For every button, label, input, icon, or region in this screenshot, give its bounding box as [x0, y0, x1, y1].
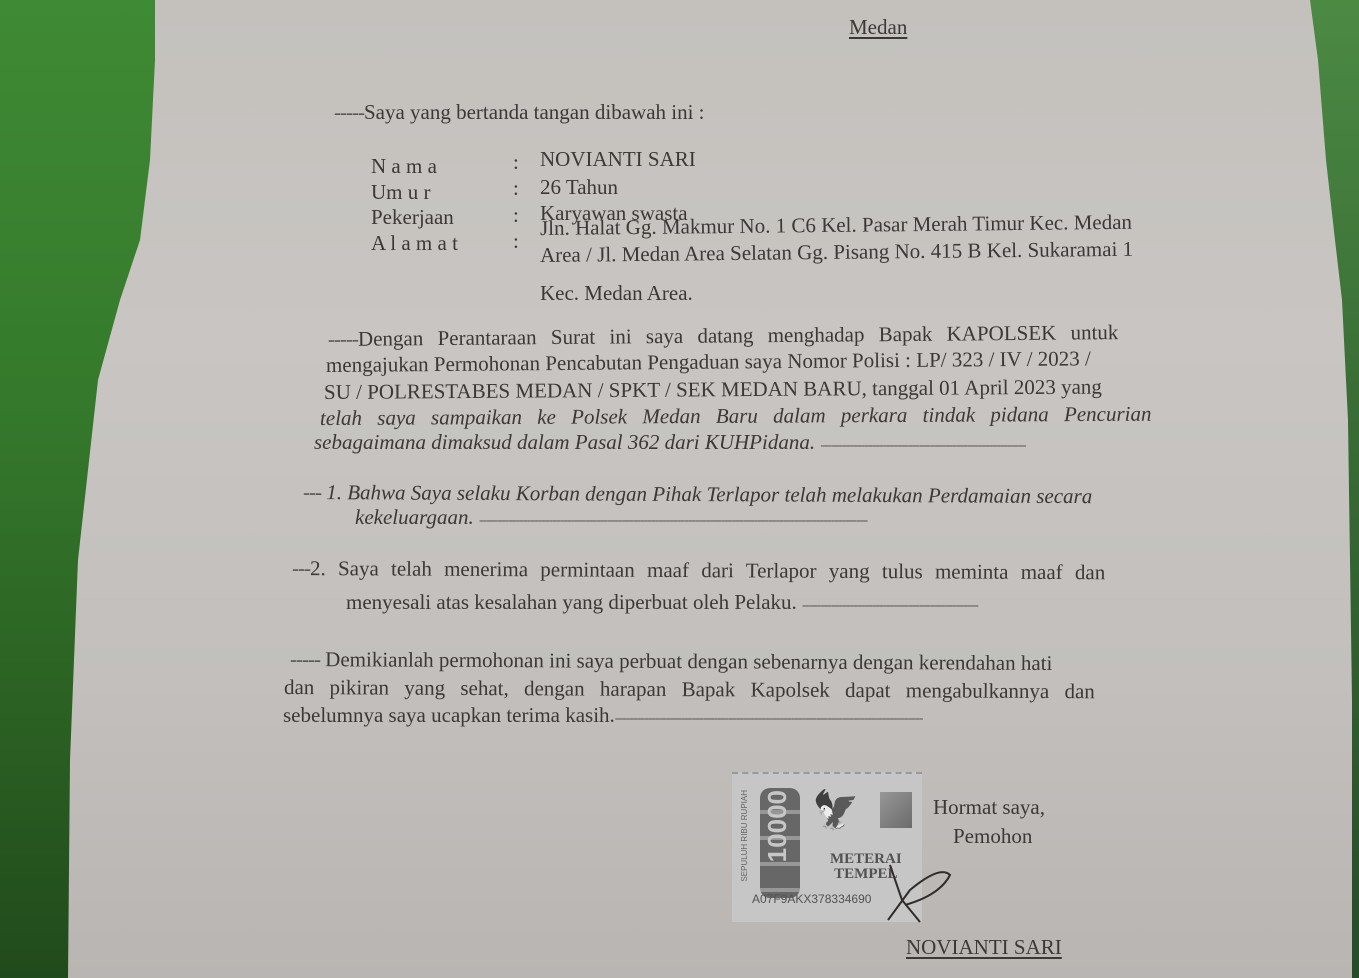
point1-number: 1.	[326, 480, 342, 504]
signature-scribble	[880, 860, 960, 930]
flag-icon	[880, 792, 912, 828]
field-value-address-3: Kec. Medan Area.	[540, 281, 693, 306]
point2-line2: menyesali atas kesalahan yang diperbuat …	[346, 590, 978, 615]
garuda-emblem-icon: 🦅	[812, 788, 858, 834]
signature-name: NOVIANTI SARI	[906, 935, 1062, 960]
closing-line2: dan pikiran yang sehat, dengan harapan B…	[284, 675, 1095, 704]
dash-filler: ----------------------------------------…	[820, 438, 1025, 453]
closing-line1: ----- Demikianlah permohonan ini saya pe…	[290, 647, 1052, 676]
dash-filler: ----------------------------------------…	[479, 513, 867, 528]
dash-filler: ----------------------------------------…	[615, 711, 923, 726]
point2-number: 2.	[310, 556, 326, 580]
paragraph1-line4: telah saya sampaikan ke Polsek Medan Bar…	[320, 402, 1152, 431]
point1-line2: kekeluargaan. --------------------------…	[355, 505, 867, 530]
field-label-occupation: Pekerjaan	[371, 205, 454, 230]
stamp-serial: A07F9AKX378334690	[752, 892, 871, 906]
field-label-name: N a m a	[371, 154, 437, 179]
stamp-value: 10000	[762, 790, 793, 862]
intro-text: Saya yang bertanda tangan dibawah ini :	[364, 100, 705, 124]
point2-line1: ---2. Saya telah menerima permintaan maa…	[292, 556, 1105, 585]
closing-line3: sebelumnya saya ucapkan terima kasih.---…	[283, 703, 922, 728]
paragraph1-line5: sebagaimana dimaksud dalam Pasal 362 dar…	[314, 430, 1025, 455]
field-separator: :	[513, 150, 519, 175]
intro-line: -----Saya yang bertanda tangan dibawah i…	[334, 100, 705, 125]
signature-greeting: Hormat saya,	[933, 795, 1045, 820]
dash-filler: -----	[328, 327, 358, 351]
field-label-age: Um u r	[371, 180, 431, 205]
place-heading: Medan	[849, 15, 907, 40]
signature-role: Pemohon	[953, 824, 1032, 849]
field-label-address: A l a m a t	[371, 231, 458, 256]
dash-filler: ----------------------------------------…	[802, 598, 978, 613]
field-separator: :	[513, 229, 519, 254]
field-separator: :	[513, 176, 519, 201]
field-value-age: 26 Tahun	[540, 175, 618, 200]
field-separator: :	[513, 203, 519, 228]
stamp-side-text: SEPULUH RIBU RUPIAH	[740, 790, 749, 882]
dash-filler: -----	[334, 100, 364, 124]
field-value-name: NOVIANTI SARI	[540, 147, 696, 172]
